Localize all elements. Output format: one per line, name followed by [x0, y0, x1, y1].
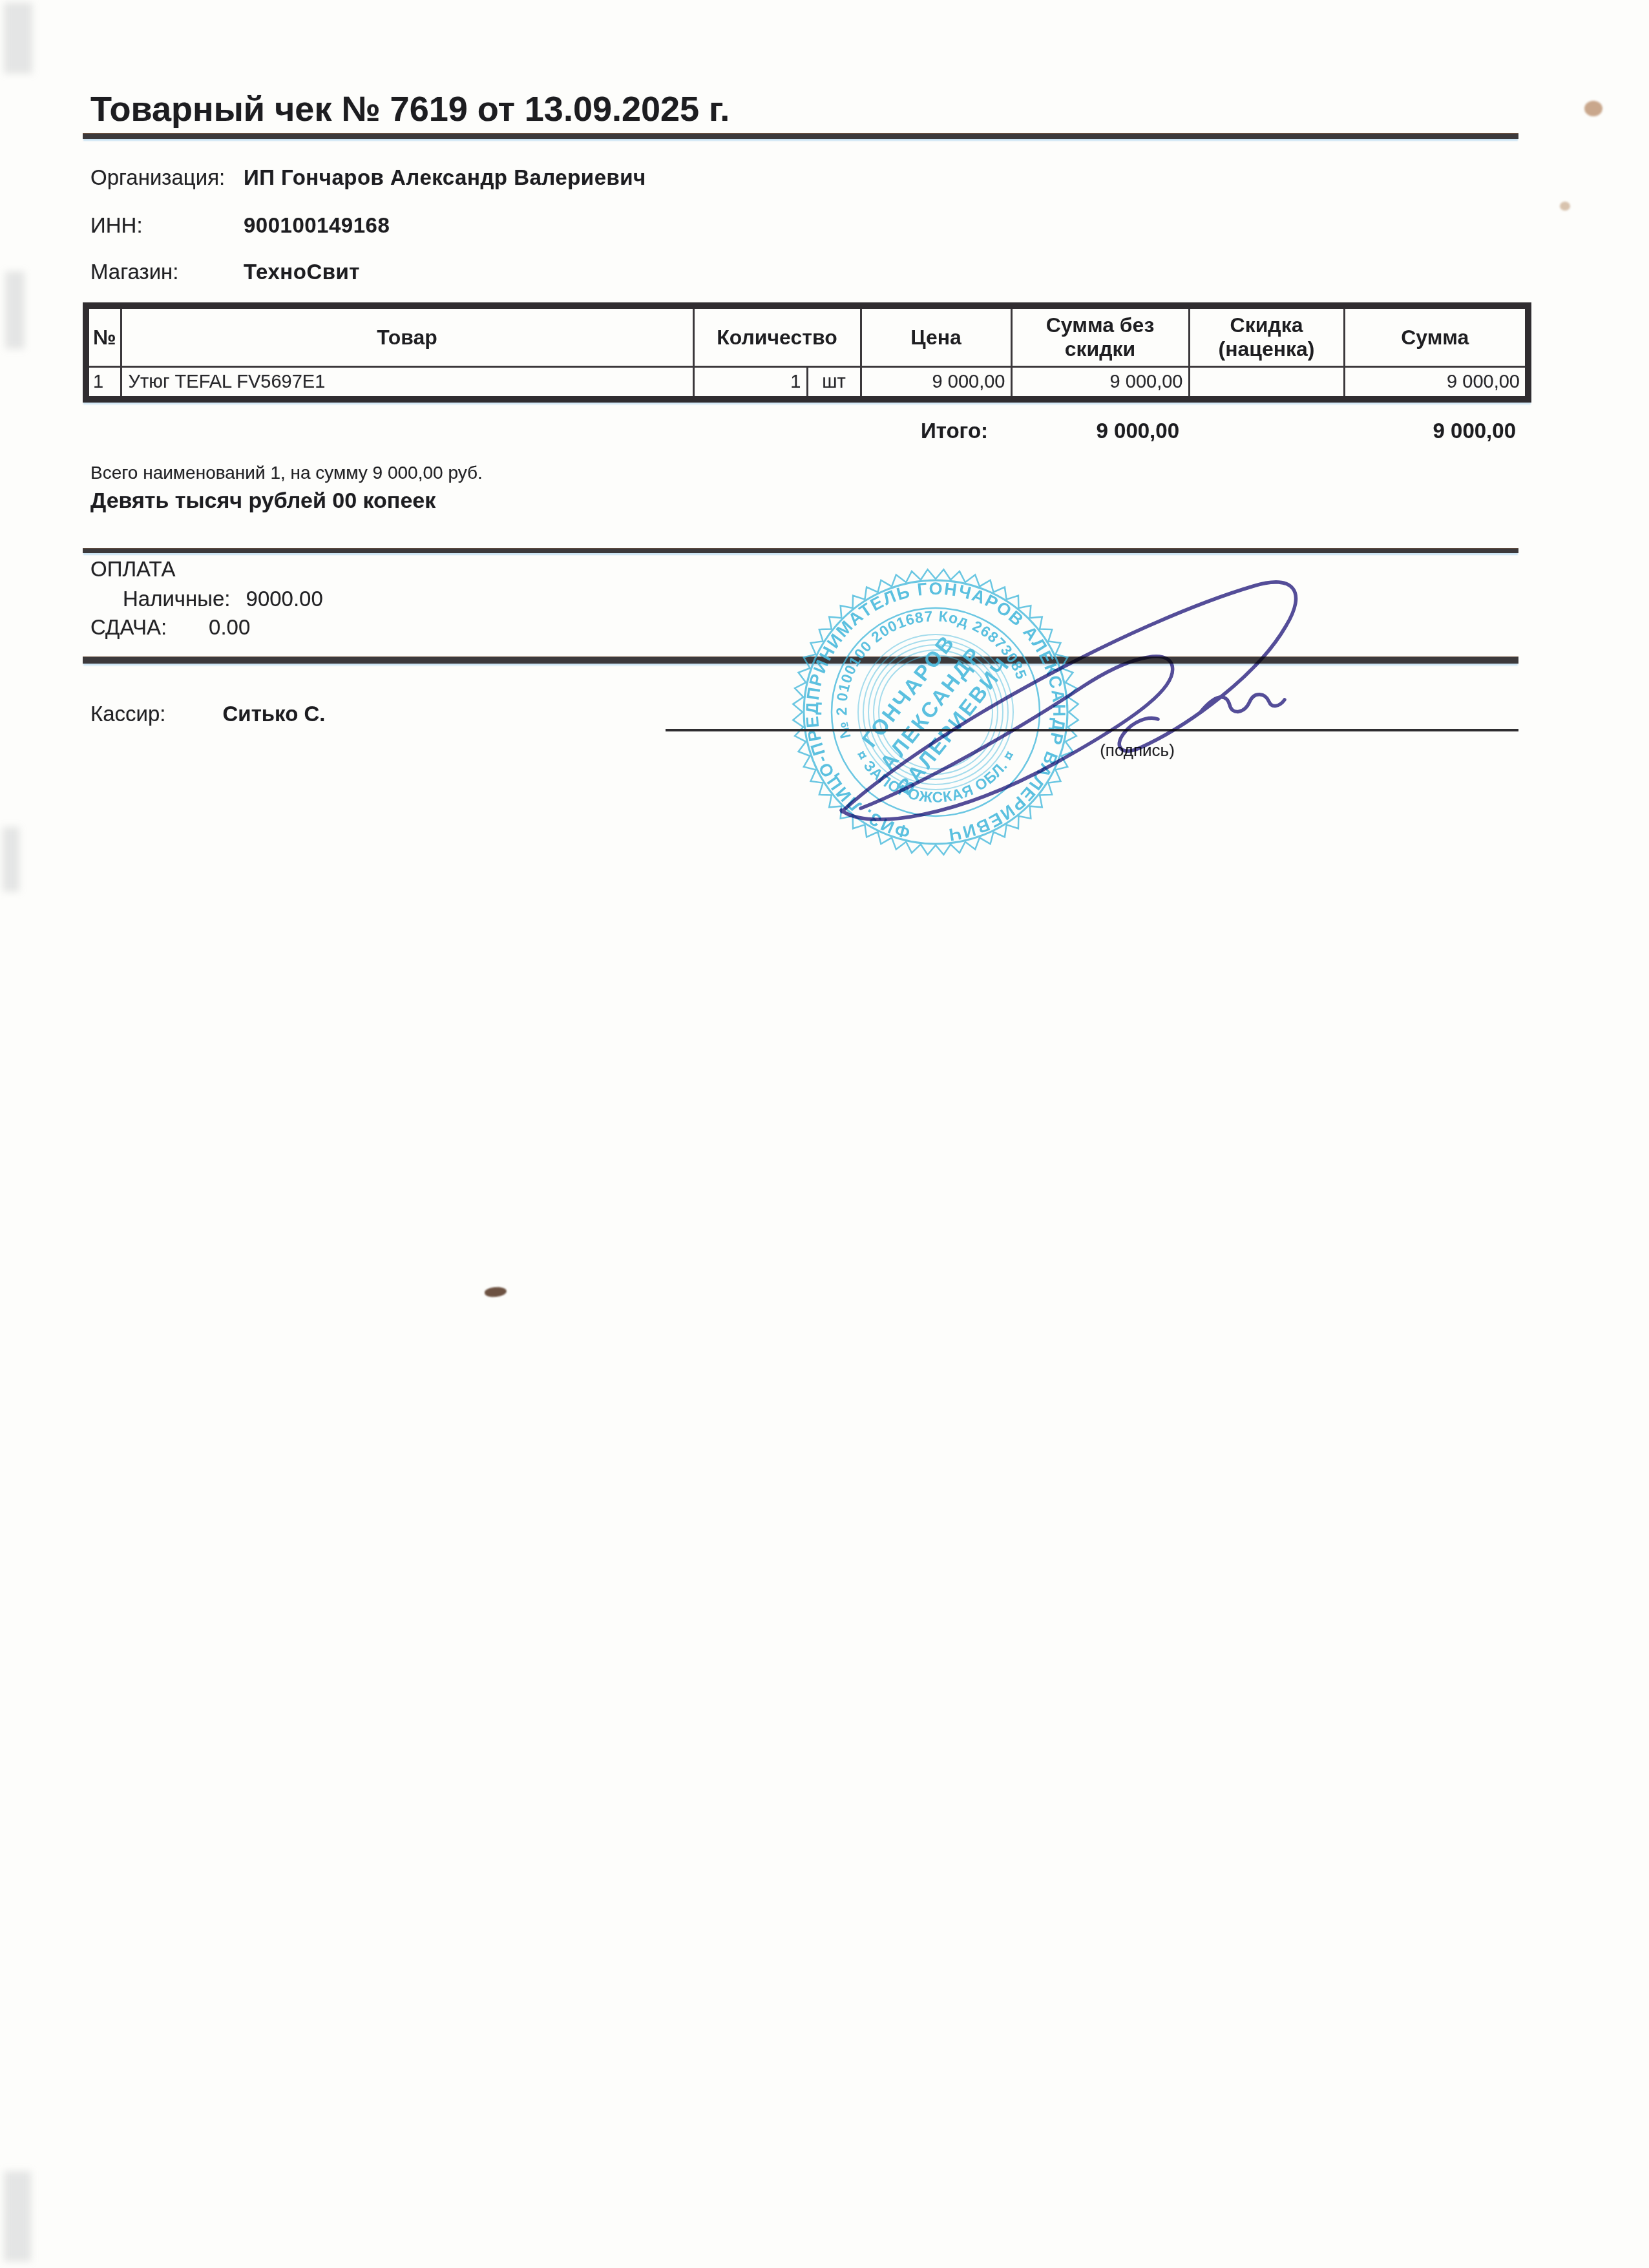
- total-value: 9 000,00: [1332, 419, 1516, 443]
- col-product: Товар: [121, 306, 693, 367]
- total-before-value: 9 000,00: [995, 419, 1179, 443]
- receipt-page: Товарный чек № 7619 от 13.09.2025 г. Орг…: [0, 0, 1649, 2268]
- item-sum: 9 000,00: [1344, 367, 1528, 400]
- col-price: Цена: [861, 306, 1011, 367]
- items-summary: Всего наименований 1, на сумму 9 000,00 …: [90, 463, 483, 483]
- col-number: №: [86, 306, 121, 367]
- col-sum-before: Сумма без скидки: [1011, 306, 1189, 367]
- item-qty: 1: [693, 367, 807, 400]
- items-table: № Товар Количество Цена Сумма без скидки…: [83, 302, 1525, 403]
- cash-label: Наличные:: [123, 587, 231, 611]
- item-name: Утюг TEFAL FV5697E1: [121, 367, 693, 400]
- shop-row: Магазин: ТехноСвит: [90, 260, 360, 284]
- payment-header: ОПЛАТА: [90, 557, 176, 582]
- cash-row: Наличные:9000.00: [123, 587, 323, 611]
- item-number: 1: [86, 367, 121, 400]
- col-sum: Сумма: [1344, 306, 1528, 367]
- item-discount: [1189, 367, 1344, 400]
- inn-row: ИНН: 900100149168: [90, 213, 390, 238]
- cashier-label: Кассир:: [90, 702, 166, 726]
- inn-label: ИНН:: [90, 213, 244, 238]
- scan-artifact: [4, 2171, 31, 2262]
- amount-in-words: Девять тысяч рублей 00 копеек: [90, 488, 436, 514]
- col-quantity: Количество: [693, 306, 861, 367]
- table-row: 1 Утюг TEFAL FV5697E1 1 шт 9 000,00 9 00…: [86, 367, 1528, 400]
- org-label: Организация:: [90, 165, 244, 190]
- change-row: СДАЧА:0.00: [90, 615, 250, 640]
- page-title: Товарный чек № 7619 от 13.09.2025 г.: [90, 89, 730, 129]
- cashier-row: Кассир:Ситько С.: [90, 702, 326, 726]
- inn-value: 900100149168: [244, 213, 390, 238]
- cashier-name: Ситько С.: [223, 702, 326, 726]
- change-label: СДАЧА:: [90, 615, 167, 639]
- item-price: 9 000,00: [861, 367, 1011, 400]
- scan-artifact: [4, 3, 32, 74]
- scan-artifact: [484, 1286, 507, 1297]
- title-divider: [83, 133, 1518, 139]
- org-value: ИП Гончаров Александр Валериевич: [244, 165, 646, 190]
- change-value: 0.00: [209, 615, 250, 639]
- scan-artifact: [5, 271, 25, 349]
- scan-artifact: [3, 827, 19, 892]
- item-sum-before: 9 000,00: [1011, 367, 1189, 400]
- cash-value: 9000.00: [246, 587, 323, 611]
- handwritten-signature: [801, 552, 1370, 837]
- scan-artifact: [1560, 202, 1570, 211]
- org-row: Организация: ИП Гончаров Александр Валер…: [90, 165, 646, 190]
- shop-value: ТехноСвит: [244, 260, 360, 284]
- scan-artifact: [1584, 101, 1602, 116]
- item-unit: шт: [807, 367, 861, 400]
- col-discount: Скидка (наценка): [1189, 306, 1344, 367]
- shop-label: Магазин:: [90, 260, 244, 284]
- table-header-row: № Товар Количество Цена Сумма без скидки…: [86, 306, 1528, 367]
